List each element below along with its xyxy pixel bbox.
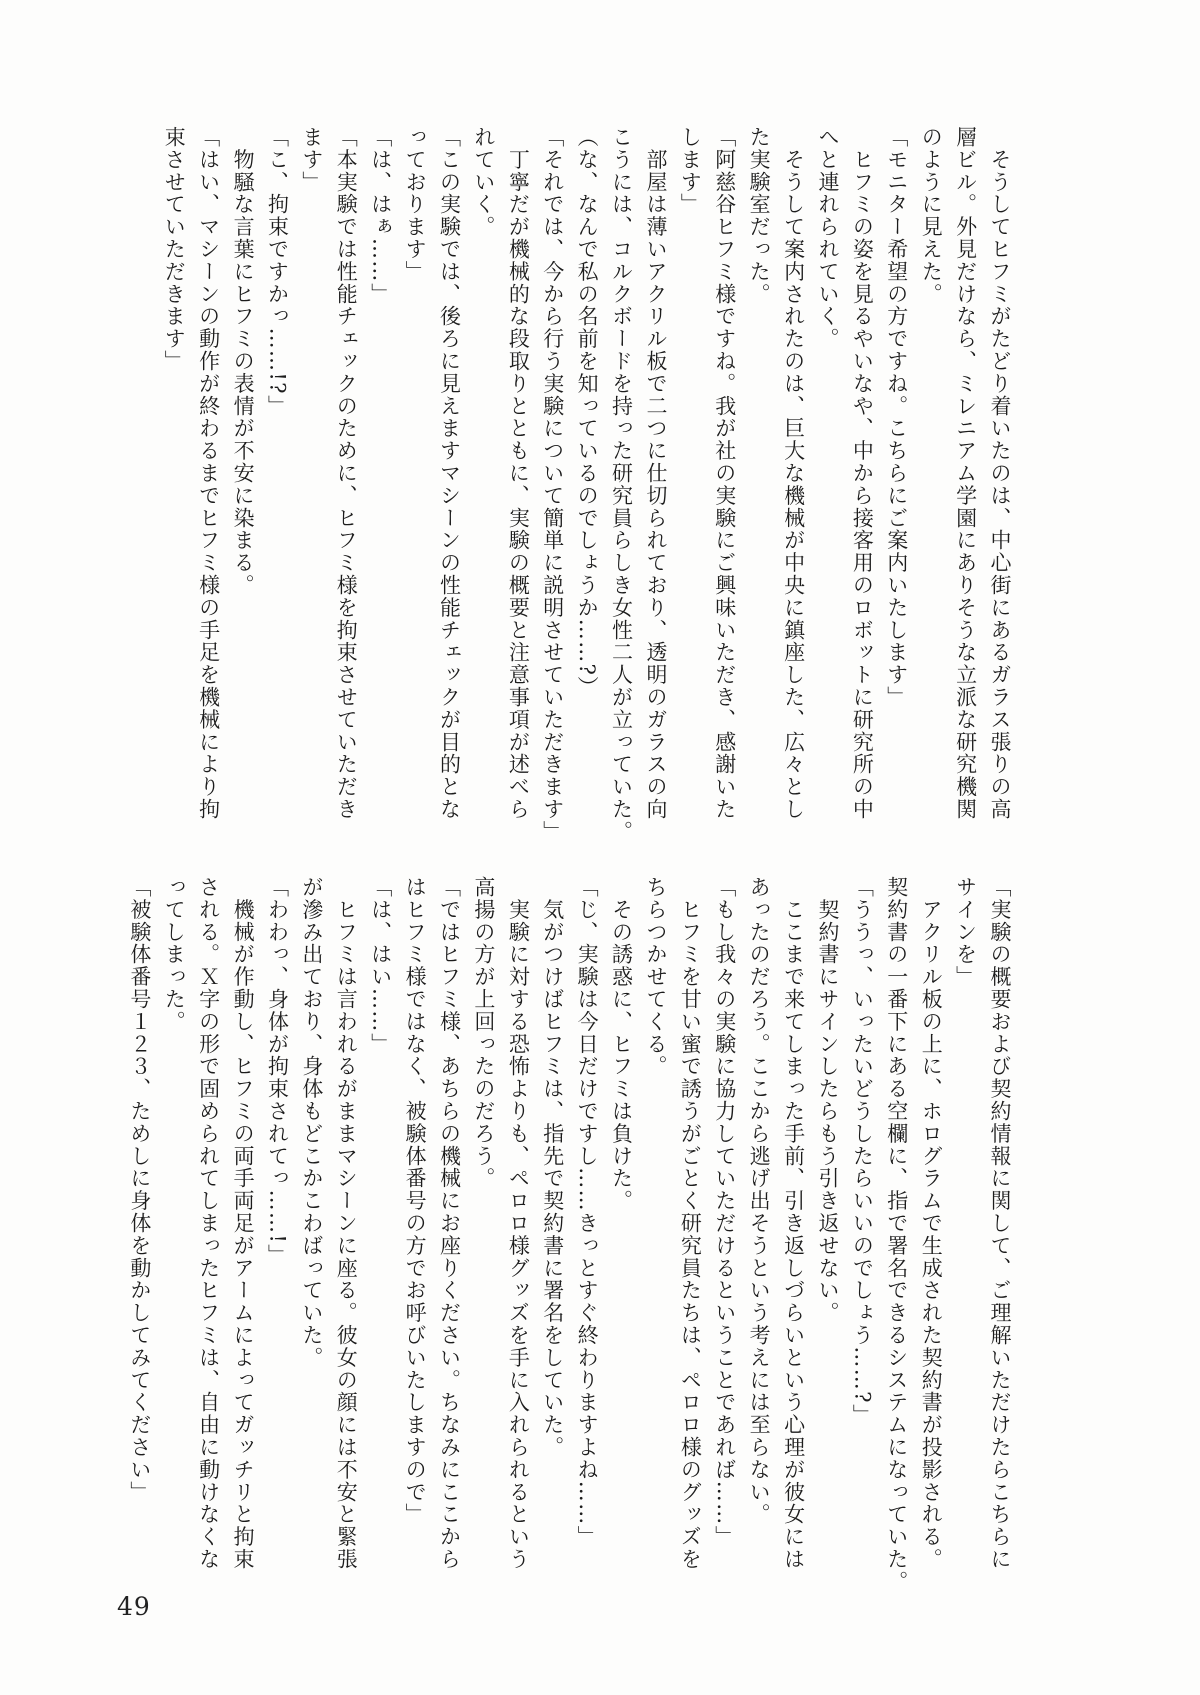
- text-line: っております」: [398, 126, 432, 838]
- text-line: そうしてヒフミがたどり着いたのは、中心街にあるガラス張りの高: [983, 126, 1017, 838]
- text-line: はヒフミ様ではなく、被験体番号の方でお呼びいたしますので」: [398, 876, 432, 1588]
- text-line: 「わわっ、身体が拘束されてっ……!」: [260, 876, 294, 1588]
- text-line: ちらつかせてくる。: [639, 876, 673, 1588]
- text-line: へと連れられていく。: [811, 126, 845, 838]
- text-line: 部屋は薄いアクリル板で二つに仕切られており、透明のガラスの向: [639, 126, 673, 838]
- text-line: 機械が作動し、ヒフミの両手両足がアームによってガッチリと拘束: [226, 876, 260, 1588]
- text-line: 「阿慈谷ヒフミ様ですね。我が社の実験にご興味いただき、感謝いた: [707, 126, 741, 838]
- text-line: 丁寧だが機械的な段取りとともに、実験の概要と注意事項が述べら: [501, 126, 535, 838]
- text-line: 「モニター希望の方ですね。こちらにご案内いたします」: [879, 126, 913, 838]
- text-line: アクリル板の上に、ホログラムで生成された契約書が投影される。: [914, 876, 948, 1588]
- text-line: ヒフミの姿を見るやいなや、中から接客用のロボットに研究所の中: [845, 126, 879, 838]
- scanned-page: そうしてヒフミがたどり着いたのは、中心街にあるガラス張りの高層ビル。外見だけなら…: [0, 0, 1200, 1695]
- text-line: 「実験の概要および契約情報に関して、ご理解いただけたらこちらに: [983, 876, 1017, 1588]
- text-line: た実験室だった。: [742, 126, 776, 838]
- text-line: ってしまった。: [157, 876, 191, 1588]
- text-line: 気がつけばヒフミは、指先で契約書に署名をしていた。: [535, 876, 569, 1588]
- text-line: れていく。: [467, 126, 501, 838]
- text-line: 「ではヒフミ様、あちらの機械にお座りください。ちなみにここから: [432, 876, 466, 1588]
- text-line: 束させていただきます」: [157, 126, 191, 838]
- text-line: 「ううっ、いったいどうしたらいいのでしょう……?」: [845, 876, 879, 1588]
- text-line: 「は、はい……」: [363, 876, 397, 1588]
- text-line: 「被験体番号１２３、ためしに身体を動かしてみてください」: [122, 876, 156, 1588]
- text-line: のように見えた。: [914, 126, 948, 838]
- text-line: します」: [673, 126, 707, 838]
- text-line: 「この実験では、後ろに見えますマシーンの性能チェックが目的とな: [432, 126, 466, 838]
- text-line: 「はい、マシーンの動作が終わるまでヒフミ様の手足を機械により拘: [191, 126, 225, 838]
- text-line: サインを」: [948, 876, 982, 1588]
- text-line: そうして案内されたのは、巨大な機械が中央に鎮座した、広々とし: [776, 126, 810, 838]
- text-line: 物騒な言葉にヒフミの表情が不安に染まる。: [226, 126, 260, 838]
- text-line: （な、なんで私の名前を知っているのでしょうか……?）: [570, 126, 604, 838]
- text-line: 実験に対する恐怖よりも、ペロロ様グッズを手に入れられるという: [501, 876, 535, 1588]
- text-block-top: そうしてヒフミがたどり着いたのは、中心街にあるガラス張りの高層ビル。外見だけなら…: [157, 126, 1017, 838]
- text-line: される。Ｘ字の形で固められてしまったヒフミは、自由に動けなくな: [191, 876, 225, 1588]
- text-block-bottom: 「実験の概要および契約情報に関して、ご理解いただけたらこちらにサインを」 アクリ…: [122, 876, 1017, 1588]
- text-line: 高揚の方が上回ったのだろう。: [467, 876, 501, 1588]
- text-line: ここまで来てしまった手前、引き返しづらいという心理が彼女には: [776, 876, 810, 1588]
- text-line: 「じ、実験は今日だけですし……きっとすぐ終わりますよね……」: [570, 876, 604, 1588]
- text-line: 契約書にサインしたらもう引き返せない。: [811, 876, 845, 1588]
- text-line: 層ビル。外見だけなら、ミレニアム学園にありそうな立派な研究機関: [948, 126, 982, 838]
- page-number: 49: [117, 1592, 151, 1621]
- text-line: 「それでは、今から行う実験について簡単に説明させていただきます」: [535, 126, 569, 838]
- text-line: 「本実験では性能チェックのために、ヒフミ様を拘束させていただき: [329, 126, 363, 838]
- text-line: ます」: [294, 126, 328, 838]
- text-line: その誘惑に、ヒフミは負けた。: [604, 876, 638, 1588]
- text-line: こうには、コルクボードを持った研究員らしき女性二人が立っていた。: [604, 126, 638, 838]
- text-line: ヒフミは言われるがままマシーンに座る。彼女の顔には不安と緊張: [329, 876, 363, 1588]
- text-line: あったのだろう。ここから逃げ出そうという考えには至らない。: [742, 876, 776, 1588]
- text-line: ヒフミを甘い蜜で誘うがごとく研究員たちは、ペロロ様のグッズを: [673, 876, 707, 1588]
- text-line: 「もし我々の実験に協力していただけるということであれば……」: [707, 876, 741, 1588]
- text-line: が滲み出ており、身体もどこかこわばっていた。: [294, 876, 328, 1588]
- text-line: 「こ、拘束ですかっ……!?」: [260, 126, 294, 838]
- text-line: 契約書の一番下にある空欄に、指で署名できるシステムになっていた。: [879, 876, 913, 1588]
- text-line: 「は、はぁ……」: [363, 126, 397, 838]
